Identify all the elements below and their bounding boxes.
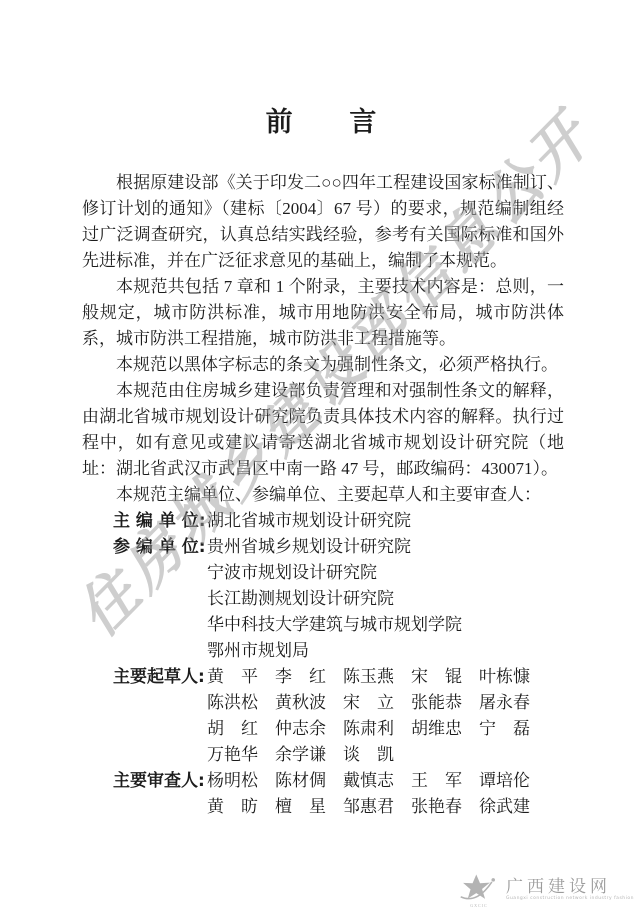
reviewers-entry: 主要审查人:杨明松 陈材倜 戴慎志 王 军 谭培伦: [113, 768, 564, 794]
drafters-names: 万艳华 余学谦 谈 凯: [113, 742, 564, 768]
logo-mark-subtext: GXCIC: [470, 904, 487, 908]
drafters-names: 陈洪松 黄秋波 宋 立 张能恭 屠永春: [113, 690, 564, 716]
reviewers-label: 主要审查人:: [113, 768, 207, 794]
paragraph: 本规范主编单位、参编单位、主要起草人和主要审查人：: [82, 482, 564, 508]
star-swoosh-icon: [458, 872, 500, 904]
co-editor-value: 华中科技大学建筑与城市规划学院: [113, 612, 564, 638]
reviewers-names: 黄 昉 檀 星 邹惠君 张艳春 徐武建: [113, 794, 564, 820]
drafters-names: 黄 平 李 红 陈玉燕 宋 锟 叶栋慷: [207, 664, 530, 690]
paragraph: 本规范由住房城乡建设部负责管理和对强制性条文的解释，由湖北省城市规划设计研究院负…: [82, 378, 564, 482]
co-editor-value: 贵州省城乡规划设计研究院: [207, 534, 411, 560]
co-editor-label: 参 编 单 位:: [113, 534, 207, 560]
document-page: 前 言 根据原建设部《关于印发二○○四年工程建设国家标准制订、修订计划的通知》（…: [0, 0, 642, 916]
paragraph: 根据原建设部《关于印发二○○四年工程建设国家标准制订、修订计划的通知》（建标〔2…: [82, 170, 564, 274]
reviewers-names: 杨明松 陈材倜 戴慎志 王 军 谭培伦: [207, 768, 530, 794]
logo-text-block: 广西建设网 Guangxi construction network indus…: [506, 878, 634, 902]
chief-editor-entry: 主 编 单 位:湖北省城市规划设计研究院: [113, 508, 564, 534]
co-editor-entry: 参 编 单 位:贵州省城乡规划设计研究院: [113, 534, 564, 560]
site-logo: GXCIC 广西建设网 Guangxi construction network…: [458, 872, 634, 908]
chief-editor-value: 湖北省城市规划设计研究院: [207, 508, 411, 534]
co-editor-value: 长江勘测规划设计研究院: [113, 586, 564, 612]
logo-tagline: Guangxi construction network industry fa…: [506, 896, 634, 902]
logo-site-name: 广西建设网: [506, 878, 634, 896]
credits-list: 主 编 单 位:湖北省城市规划设计研究院 参 编 单 位:贵州省城乡规划设计研究…: [113, 508, 564, 820]
star-logo-icon: GXCIC: [458, 872, 500, 908]
drafters-label: 主要起草人:: [113, 664, 207, 690]
co-editor-value: 宁波市规划设计研究院: [113, 560, 564, 586]
co-editor-value: 鄂州市规划局: [113, 638, 564, 664]
paragraph: 本规范以黑体字标志的条文为强制性条文，必须严格执行。: [82, 352, 564, 378]
document-body: 根据原建设部《关于印发二○○四年工程建设国家标准制订、修订计划的通知》（建标〔2…: [82, 170, 564, 820]
page-title: 前 言: [0, 100, 642, 139]
drafters-names: 胡 红 仲志余 陈肃利 胡维忠 宁 磊: [113, 716, 564, 742]
drafters-entry: 主要起草人:黄 平 李 红 陈玉燕 宋 锟 叶栋慷: [113, 664, 564, 690]
paragraph: 本规范共包括 7 章和 1 个附录，主要技术内容是：总则，一般规定，城市防洪标准…: [82, 274, 564, 352]
chief-editor-label: 主 编 单 位:: [113, 508, 207, 534]
